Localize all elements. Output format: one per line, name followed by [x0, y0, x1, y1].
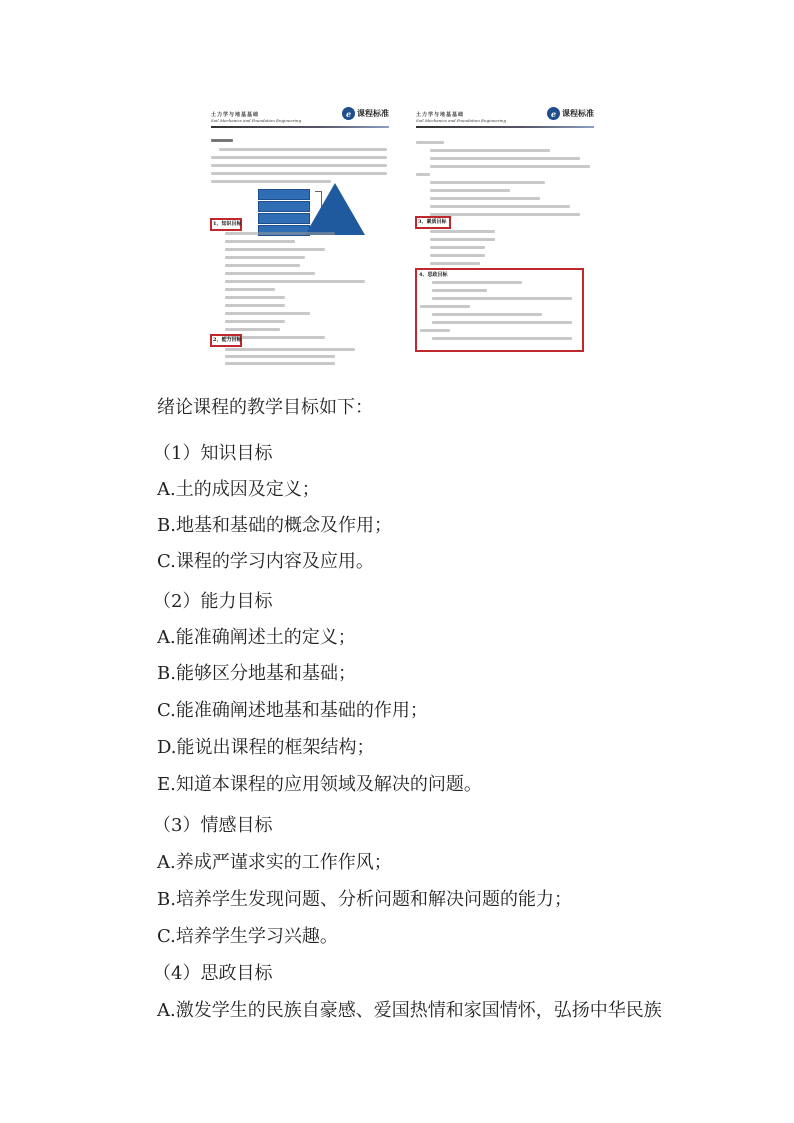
diagram-pyramid [305, 183, 365, 235]
section-heading-ideological: （4）思政目标 [153, 959, 272, 985]
text-line [225, 296, 285, 299]
section-heading-ability: （2）能力目标 [153, 587, 272, 613]
logo-icon: e [547, 107, 560, 120]
text-line [225, 355, 335, 358]
text-line [430, 230, 495, 233]
text-line [430, 238, 495, 241]
text-line [430, 165, 590, 168]
boxed-heading: 3、素质目标 [418, 218, 446, 225]
text-line [225, 304, 285, 307]
text-line [430, 181, 545, 184]
text-line [432, 297, 572, 300]
header-title-en: Soil Mechanics and Foundation Engineerin… [211, 118, 301, 123]
text-line [211, 156, 387, 159]
course-standard-logo: e 课程标准 [342, 107, 389, 120]
text-line [432, 337, 572, 340]
list-item: C.课程的学习内容及应用。 [157, 547, 374, 573]
header-title-cn: 土力学与地基基础 [211, 111, 259, 118]
header-rule [416, 126, 594, 128]
text-line [225, 248, 325, 251]
text-line [430, 205, 570, 208]
text-line [225, 362, 335, 365]
text-line [225, 288, 275, 291]
list-item: C.能准确阐述地基和基础的作用； [157, 696, 428, 722]
text-line [416, 141, 444, 144]
list-item: B.地基和基础的概念及作用； [157, 511, 392, 537]
text-line [432, 321, 572, 324]
list-item: A.土的成因及定义； [157, 475, 320, 501]
text-line [225, 320, 285, 323]
boxed-heading: 2、能力目标 [213, 336, 241, 343]
text-line [225, 232, 335, 235]
section-heading-emotion: （3）情感目标 [153, 811, 272, 837]
text-line [225, 240, 295, 243]
text-line [430, 254, 485, 257]
course-standard-page-thumbnail-right: 土力学与地基基础 Soil Mechanics and Foundation E… [410, 103, 600, 353]
logo-icon: e [342, 107, 355, 120]
list-item: B.培养学生发现问题、分析问题和解决问题的能力； [157, 885, 572, 911]
text-line [430, 262, 480, 265]
text-line [430, 197, 540, 200]
text-line [225, 328, 280, 331]
text-line [211, 172, 387, 175]
diagram-box [258, 189, 310, 200]
section-title [211, 139, 233, 142]
course-standard-logo: e 课程标准 [547, 107, 594, 120]
text-line [430, 157, 580, 160]
list-item: C.培养学生学习兴趣。 [157, 922, 338, 948]
list-item: B.能够区分地基和基础； [157, 659, 356, 685]
text-line [420, 305, 470, 308]
text-line [225, 264, 300, 267]
text-line [432, 289, 487, 292]
text-line [430, 213, 580, 216]
text-line [225, 348, 355, 351]
text-line [430, 246, 485, 249]
logo-text: 课程标准 [562, 108, 594, 119]
text-line [432, 281, 522, 284]
text-line [225, 256, 305, 259]
logo-text: 课程标准 [357, 108, 389, 119]
intro-paragraph: 绪论课程的教学目标如下： [157, 393, 373, 419]
text-line [219, 148, 387, 151]
text-line [420, 329, 450, 332]
page-header: 土力学与地基基础 Soil Mechanics and Foundation E… [416, 109, 594, 131]
course-standard-page-thumbnail-left: 土力学与地基基础 Soil Mechanics and Foundation E… [205, 103, 395, 368]
text-line [225, 272, 315, 275]
list-item: E.知道本课程的应用领域及解决的问题。 [157, 770, 482, 796]
text-line [430, 149, 550, 152]
text-line [432, 313, 542, 316]
list-item: D.能说出课程的框架结构； [157, 733, 375, 759]
header-title-en: Soil Mechanics and Foundation Engineerin… [416, 118, 506, 123]
list-item: A.养成严谨求实的工作作风； [157, 848, 392, 874]
list-item: A.能准确阐述土的定义； [157, 623, 356, 649]
text-line [211, 164, 387, 167]
diagram-box [258, 213, 310, 224]
section-heading-knowledge: （1）知识目标 [153, 439, 272, 465]
list-item: A.激发学生的民族自豪感、爱国热情和家国情怀，弘扬中华民族 [157, 996, 662, 1022]
boxed-heading: 4、思政目标 [419, 271, 447, 278]
diagram-box [258, 201, 310, 212]
text-line [430, 189, 510, 192]
header-title-cn: 土力学与地基基础 [416, 111, 464, 118]
boxed-heading: 1、知识目标 [213, 220, 241, 227]
text-line [225, 312, 310, 315]
text-line [416, 173, 430, 176]
page-header: 土力学与地基基础 Soil Mechanics and Foundation E… [211, 109, 389, 131]
header-rule [211, 126, 389, 128]
text-line [225, 280, 365, 283]
